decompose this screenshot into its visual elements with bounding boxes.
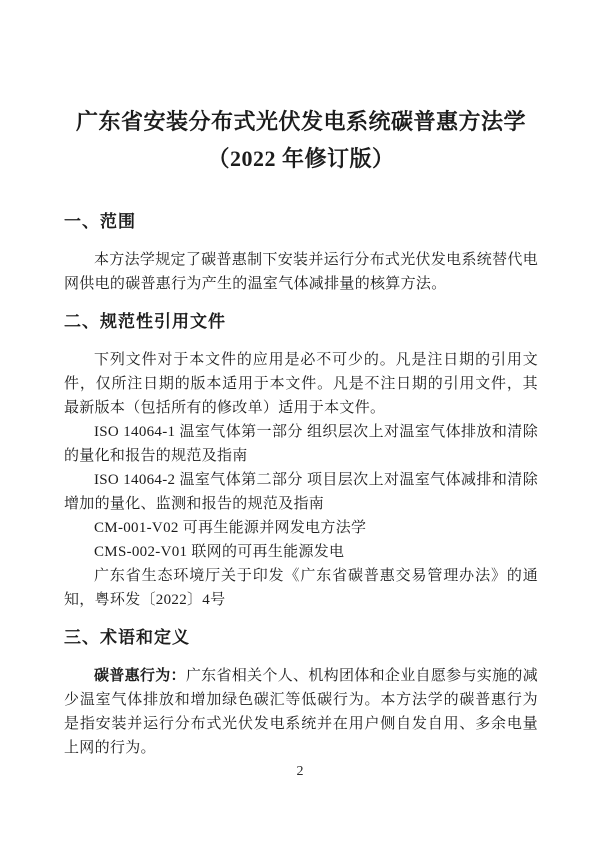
title-line-2: （2022 年修订版）	[64, 140, 538, 177]
document-title: 广东省安装分布式光伏发电系统碳普惠方法学 （2022 年修订版）	[64, 103, 538, 177]
section-terms-definitions: 三、术语和定义 碳普惠行为：广东省相关个人、机构团体和企业自愿参与实施的减少温室…	[64, 626, 538, 760]
section-scope-heading: 一、范围	[64, 210, 538, 234]
title-line-1: 广东省安装分布式光伏发电系统碳普惠方法学	[64, 103, 538, 140]
section-normative-references-heading: 二、规范性引用文件	[64, 310, 538, 334]
reference-cm-001-v02: CM-001-V02 可再生能源并网发电方法学	[64, 516, 538, 540]
section-scope: 一、范围 本方法学规定了碳普惠制下安装并运行分布式光伏发电系统替代电网供电的碳普…	[64, 210, 538, 296]
term-label: 碳普惠行为：	[94, 668, 186, 684]
scope-paragraph: 本方法学规定了碳普惠制下安装并运行分布式光伏发电系统替代电网供电的碳普惠行为产生…	[64, 248, 538, 296]
section-normative-references: 二、规范性引用文件 下列文件对于本文件的应用是必不可少的。凡是注日期的引用文件，…	[64, 310, 538, 612]
reference-guangdong-notice: 广东省生态环境厅关于印发《广东省碳普惠交易管理办法》的通知，粤环发〔2022〕4…	[64, 564, 538, 612]
normative-intro-paragraph: 下列文件对于本文件的应用是必不可少的。凡是注日期的引用文件，仅所注日期的版本适用…	[64, 348, 538, 420]
reference-iso-14064-2: ISO 14064-2 温室气体第二部分 项目层次上对温室气体减排和清除增加的量…	[64, 468, 538, 516]
page-number: 2	[0, 763, 600, 781]
term-definition-paragraph: 碳普惠行为：广东省相关个人、机构团体和企业自愿参与实施的减少温室气体排放和增加绿…	[64, 664, 538, 760]
section-terms-definitions-heading: 三、术语和定义	[64, 626, 538, 650]
reference-iso-14064-1: ISO 14064-1 温室气体第一部分 组织层次上对温室气体排放和清除的量化和…	[64, 420, 538, 468]
document-page: 广东省安装分布式光伏发电系统碳普惠方法学 （2022 年修订版） 一、范围 本方…	[0, 0, 600, 848]
reference-cms-002-v01: CMS-002-V01 联网的可再生能源发电	[64, 540, 538, 564]
